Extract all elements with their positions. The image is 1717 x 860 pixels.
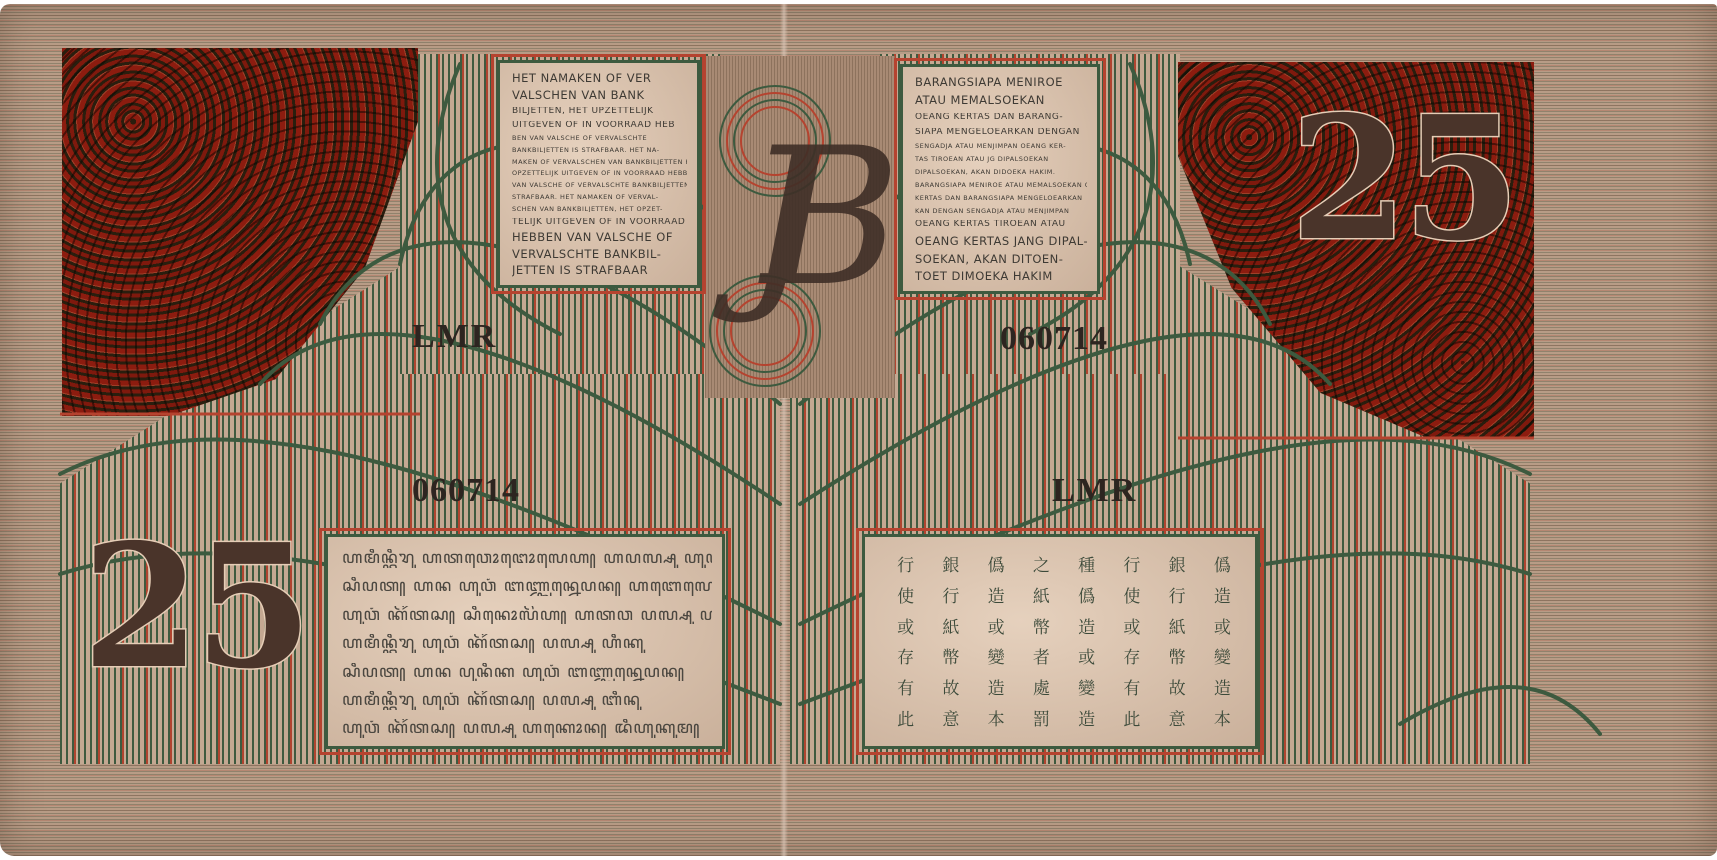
- warning-line: BEN VAN VALSCHE OF VERVALSCHTE: [512, 135, 687, 142]
- banknote-reverse: JB HET NAMAKEN OF VER VALSCHEN VAN BANK …: [0, 4, 1717, 856]
- cjk-char: 造: [1200, 582, 1245, 613]
- cjk-char: 處: [1019, 674, 1064, 705]
- cjk-char: 使: [1109, 582, 1154, 613]
- warning-line: OEANG KERTAS TIROEAN ATAU: [915, 220, 1087, 229]
- cjk-char: 變: [974, 644, 1019, 675]
- cjk-char: 或: [1200, 613, 1245, 644]
- warning-line: VALSCHEN VAN BANK: [512, 90, 687, 102]
- warning-line: MAKEN OF VERVALSCHEN VAN BANKBILJETTEN H…: [512, 159, 687, 166]
- dutch-warning-panel: HET NAMAKEN OF VER VALSCHEN VAN BANK BIL…: [497, 60, 700, 288]
- serial-number-lower-left: 060714: [412, 474, 520, 508]
- warning-line: KAN DENGAN SENGADJA ATAU MENJIMPAN: [915, 208, 1087, 215]
- cjk-char: 存: [883, 644, 928, 675]
- cjk-char: 或: [974, 613, 1019, 644]
- malay-warning-text: BARANGSIAPA MENIROE ATAU MEMALSOEKAN OEA…: [915, 77, 1087, 283]
- cjk-char: 有: [883, 674, 928, 705]
- warning-line: HET NAMAKEN OF VER: [512, 73, 687, 85]
- cjk-char: 造: [1064, 705, 1109, 736]
- cjk-char: 此: [1109, 705, 1154, 736]
- serial-number-upper-right: 060714: [1000, 322, 1108, 356]
- cjk-char: 造: [974, 674, 1019, 705]
- warning-line: TAS TIROEAN ATAU JG DIPALSOEKAN: [915, 156, 1087, 163]
- cjk-char: 紙: [1155, 613, 1200, 644]
- cjk-char: 行: [1155, 582, 1200, 613]
- dutch-warning-text: HET NAMAKEN OF VER VALSCHEN VAN BANK BIL…: [512, 73, 687, 277]
- cjk-char: 使: [883, 582, 928, 613]
- cjk-char: 或: [1064, 644, 1109, 675]
- warning-line: BANKBILJETTEN IS STRAFBAAR. HET NA-: [512, 147, 687, 154]
- malay-warning-panel: BARANGSIAPA MENIROE ATAU MEMALSOEKAN OEA…: [900, 64, 1100, 294]
- warning-line: DIPALSOEKAN, AKAN DIDOEKA HAKIM.: [915, 169, 1087, 176]
- cjk-char: 變: [1200, 644, 1245, 675]
- cjk-char: 幣: [928, 644, 973, 675]
- warning-line: ꦲꦩꦶꦤ꧀ꦠꦶꦫꦸ ꦲꦸꦮꦁ ꦏꦼꦂꦠꦱ꧀ ꦥꦭ꧀ꦱꦸ ꦧꦶꦤꦸ: [342, 691, 712, 710]
- cjk-char: 行: [883, 551, 928, 582]
- denomination-bottom-left: 25: [82, 522, 307, 692]
- cjk-char: 造: [974, 582, 1019, 613]
- warning-line: BARANGSIAPA MENIROE: [915, 77, 1087, 89]
- cjk-char: 紙: [928, 613, 973, 644]
- series-code-lower-right: LMR: [1052, 474, 1137, 508]
- warning-line: ATAU MEMALSOEKAN: [915, 95, 1087, 107]
- cjk-char: 意: [928, 705, 973, 736]
- cjk-char: 行: [1109, 551, 1154, 582]
- cjk-char: 變: [1064, 674, 1109, 705]
- cjk-char: 罰: [1019, 705, 1064, 736]
- warning-line: OEANG KERTAS DAN BARANG-: [915, 113, 1087, 122]
- cjk-char: 僞: [1064, 582, 1109, 613]
- denomination-top-right: 25: [1290, 94, 1515, 264]
- warning-line: HEBBEN VAN VALSCHE OF: [512, 232, 687, 244]
- warning-line: BARANGSIAPA MENIROE ATAU MEMALSOEKAN OEA…: [915, 182, 1087, 189]
- cjk-char: 此: [883, 705, 928, 736]
- warning-line: ꦱꦶꦥꦠ꧀ ꦲꦤ ꦲꦸꦮꦁ ꦧꦚ꧀ꦕꦸꦤ꧀ꦤꦺꦥꦤ꧀ ꦲꦧꦺꦭꦺꦴ ꦤꦺꦴꦏ꧀: [342, 577, 712, 596]
- warning-line: STRAFBAAR. HET NAMAKEN OF VERVAL-: [512, 194, 687, 201]
- cjk-char: 行: [928, 582, 973, 613]
- cjk-char: 者: [1019, 644, 1064, 675]
- cjk-char: 銀: [1155, 551, 1200, 582]
- cjk-char: 存: [1109, 644, 1154, 675]
- cjk-char: 銀: [928, 551, 973, 582]
- warning-line: ꦲꦩꦶꦤ꧀ꦠꦶꦫꦸ ꦲꦠꦮꦺꦴꦔꦺꦴꦭꦺꦲ꧀ ꦲꦥꦭ꧀ꦱꦸ ꦲꦸꦮꦁ ꦏꦼꦂꦠꦱ…: [342, 549, 712, 568]
- warning-line: ꦲꦸꦮꦁ ꦏꦼꦂꦠꦱ꧀ ꦥꦭ꧀ꦱꦸ ꦲꦏꦺꦴꦤ꧀ ꦢꦶꦲꦸꦏꦸꦩ꧀: [342, 719, 712, 738]
- warning-line: VAN VALSCHE OF VERVALSCHTE BANKBILJETTEN…: [512, 182, 687, 189]
- warning-line: TOET DIMOEKA HAKIM: [915, 271, 1087, 283]
- cjk-char: 造: [1200, 674, 1245, 705]
- cjk-char: 本: [974, 705, 1019, 736]
- chinese-warning-panel: 僞 造 或 變 造 本 銀 行 紙 幣 故 意 行 使 或 存 有 此 種 僞 …: [862, 534, 1258, 749]
- warning-line: ꦲꦩꦶꦤ꧀ꦠꦶꦫꦸ ꦲꦸꦮꦁ ꦏꦼꦂꦠꦱ꧀ ꦥꦭ꧀ꦱꦸ ꦲꦶꦏꦸ: [342, 634, 712, 653]
- monogram-jb: JB: [745, 66, 841, 370]
- warning-line: ꦱꦶꦥꦠ꧀ ꦲꦤ ꦥꦸꦤꦶꦏ ꦲꦸꦮꦁ ꦧꦚ꧀ꦕꦸꦤ꧀ꦤꦺꦥꦤ꧀: [342, 663, 712, 682]
- cjk-char: 或: [883, 613, 928, 644]
- warning-line: SENGADJA ATAU MENJIMPAN OEANG KER-: [915, 143, 1087, 150]
- cjk-char: 種: [1064, 551, 1109, 582]
- cjk-char: 本: [1200, 705, 1245, 736]
- cjk-char: 故: [1155, 674, 1200, 705]
- cjk-char: 造: [1064, 613, 1109, 644]
- warning-line: SCHEN VAN BANKBILJETTEN, HET OPZET-: [512, 206, 687, 213]
- chinese-warning-text: 僞 造 或 變 造 本 銀 行 紙 幣 故 意 行 使 或 存 有 此 種 僞 …: [883, 551, 1245, 736]
- series-code-upper-left: LMR: [412, 320, 497, 354]
- cjk-char: 故: [928, 674, 973, 705]
- cjk-char: 幣: [1155, 644, 1200, 675]
- cjk-char: 意: [1155, 705, 1200, 736]
- warning-line: KERTAS DAN BARANGSIAPA MENGELOEARKAN: [915, 195, 1087, 202]
- cjk-char: 之: [1019, 551, 1064, 582]
- warning-line: OEANG KERTAS JANG DIPAL-: [915, 236, 1087, 248]
- warning-line: ꦲꦸꦮꦁ ꦏꦼꦂꦠꦱ꧀ ꦱꦶꦤꦺꦴꦭꦼꦲ꧀ ꦲꦠꦮ ꦥꦭ꧀ꦱꦸ ꦲꦏꦺꦴ: [342, 606, 712, 625]
- monogram-panel: JB: [705, 56, 895, 398]
- javanese-warning-panel: ꦲꦩꦶꦤ꧀ꦠꦶꦫꦸ ꦲꦠꦮꦺꦴꦔꦺꦴꦭꦺꦲ꧀ ꦲꦥꦭ꧀ꦱꦸ ꦲꦸꦮꦁ ꦏꦼꦂꦠꦱ…: [325, 534, 725, 749]
- cjk-char: 僞: [1200, 551, 1245, 582]
- warning-line: UITGEVEN OF IN VOORRAAD HEB: [512, 121, 687, 130]
- warning-line: VERVALSCHTE BANKBIL-: [512, 249, 687, 261]
- cjk-char: 紙: [1019, 582, 1064, 613]
- cjk-char: 有: [1109, 674, 1154, 705]
- warning-line: SOEKAN, AKAN DITOEN-: [915, 254, 1087, 266]
- cjk-char: 幣: [1019, 613, 1064, 644]
- warning-line: BILJETTEN, HET UPZETTELIJK: [512, 107, 687, 116]
- javanese-warning-text: ꦲꦩꦶꦤ꧀ꦠꦶꦫꦸ ꦲꦠꦮꦺꦴꦔꦺꦴꦭꦺꦲ꧀ ꦲꦥꦭ꧀ꦱꦸ ꦲꦸꦮꦁ ꦏꦼꦂꦠꦱ…: [342, 549, 712, 738]
- warning-line: JETTEN IS STRAFBAAR: [512, 265, 687, 277]
- warning-line: TELIJK UITGEVEN OF IN VOORRAAD: [512, 218, 687, 227]
- warning-line: SIAPA MENGELOEARKAN DENGAN: [915, 128, 1087, 137]
- warning-line: OPZETTELIJK UITGEVEN OF IN VOORRAAD HEBB…: [512, 170, 687, 177]
- cjk-char: 僞: [974, 551, 1019, 582]
- cjk-char: 或: [1109, 613, 1154, 644]
